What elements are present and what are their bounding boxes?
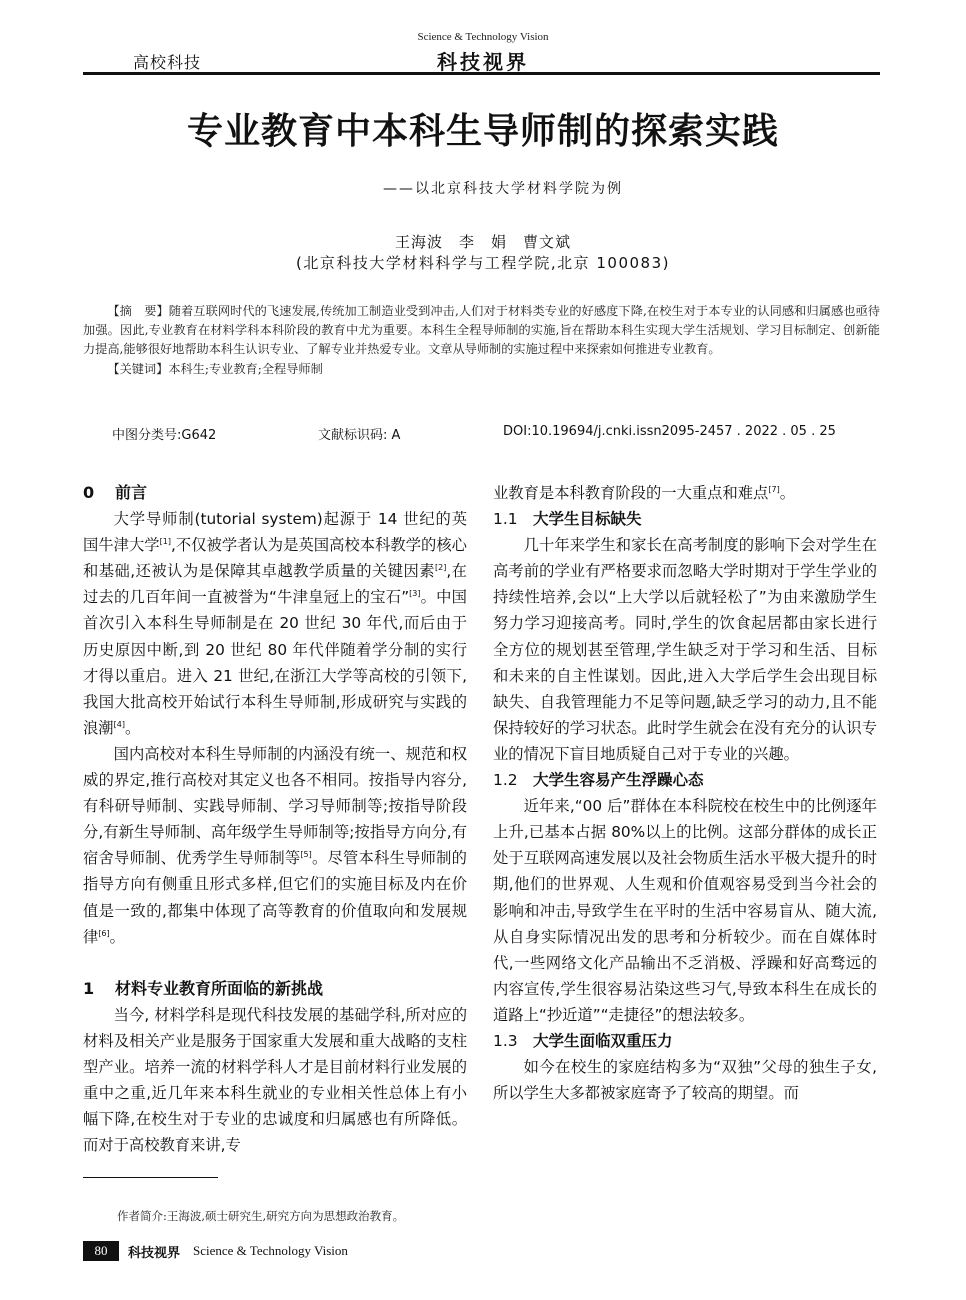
text-run: 。 <box>110 928 125 946</box>
spacer <box>83 950 467 976</box>
article-authors: 王海波 李 娟 曹文斌 <box>0 231 966 252</box>
section-heading-1: 1材料专业教育所面临的新挑战 <box>83 976 467 1002</box>
section-number: 0 <box>83 480 115 506</box>
citation-ref: [5] <box>300 850 311 859</box>
keywords-paragraph: 【关键词】本科生;专业教育;全程导师制 <box>83 360 880 379</box>
abstract-text: 随着互联网时代的飞速发展,传统加工制造业受到冲击,人们对于材料类专业的好感度下降… <box>83 304 880 356</box>
subsection-heading-1-3: 1.3大学生面临双重压力 <box>493 1028 877 1054</box>
citation-ref: [2] <box>435 563 446 572</box>
subsection-title: 大学生容易产生浮躁心态 <box>533 771 704 789</box>
article-subtitle: ——以北京科技大学材料学院为例 <box>0 178 966 198</box>
citation-ref: [6] <box>98 929 109 938</box>
footer-journal-en: Science & Technology Vision <box>193 1243 348 1259</box>
abstract-label: 【摘 要】 <box>107 304 168 318</box>
page-number: 80 <box>83 1241 119 1261</box>
section-number: 1 <box>83 976 115 1002</box>
article-title: 专业教育中本科生导师制的探索实践 <box>0 103 966 154</box>
subsection-number: 1.2 <box>493 767 533 793</box>
paragraph-continuation: 业教育是本科教育阶段的一大重点和难点[7]。 <box>493 480 877 506</box>
classification-number: 中图分类号:G642 <box>112 424 216 443</box>
subsection-number: 1.3 <box>493 1028 533 1054</box>
citation-ref: [7] <box>768 485 779 494</box>
text-run: 。 <box>125 719 140 737</box>
text-run: 。中国首次引入本科生导师制是在 20 世纪 30 年代,而后由于历史原因中断,到… <box>83 588 467 736</box>
author-note: 作者简介:王海波,硕士研究生,研究方向为思想政治教育。 <box>117 1208 404 1224</box>
footer-journal-cn: 科技视界 <box>128 1242 180 1261</box>
body-column-right: 业教育是本科教育阶段的一大重点和难点[7]。 1.1大学生目标缺失 几十年来学生… <box>493 480 877 1106</box>
section-heading-0: 0前言 <box>83 480 467 506</box>
citation-ref: [1] <box>160 537 171 546</box>
subsection-title: 大学生目标缺失 <box>533 510 642 528</box>
doi: DOI:10.19694/j.cnki.issn2095-2457 . 2022… <box>503 424 836 439</box>
paragraph: 如今在校生的家庭结构多为“双独”父母的独生子女,所以学生大多都被家庭寄予了较高的… <box>493 1054 877 1106</box>
subsection-heading-1-1: 1.1大学生目标缺失 <box>493 506 877 532</box>
citation-ref: [3] <box>409 589 420 598</box>
paragraph: 国内高校对本科生导师制的内涵没有统一、规范和权威的界定,推行高校对其定义也各不相… <box>83 741 467 950</box>
article-affiliation: (北京科技大学材料科学与工程学院,北京 100083) <box>0 252 966 273</box>
body-column-left: 0前言 大学导师制(tutorial system)起源于 14 世纪的英国牛津… <box>83 480 467 1158</box>
keywords-text: 本科生;专业教育;全程导师制 <box>168 362 322 376</box>
subsection-heading-1-2: 1.2大学生容易产生浮躁心态 <box>493 767 877 793</box>
citation-ref: [4] <box>114 720 125 729</box>
section-title: 前言 <box>115 483 147 502</box>
header-rule <box>83 72 880 75</box>
document-code: 文献标识码: A <box>318 424 400 443</box>
abstract-block: 【摘 要】随着互联网时代的飞速发展,传统加工制造业受到冲击,人们对于材料类专业的… <box>83 302 880 379</box>
paragraph: 大学导师制(tutorial system)起源于 14 世纪的英国牛津大学[1… <box>83 506 467 741</box>
subsection-title: 大学生面临双重压力 <box>533 1032 673 1050</box>
paragraph: 当今, 材料学科是现代科技发展的基础学科,所对应的材料及相关产业是服务于国家重大… <box>83 1002 467 1159</box>
running-header-journal-cn: 科技视界 <box>0 46 966 75</box>
keywords-label: 【关键词】 <box>107 362 168 376</box>
text-run: 业教育是本科教育阶段的一大重点和难点 <box>493 484 768 502</box>
paragraph: 近年来,“00 后”群体在本科院校在校生中的比例逐年上升,已基本占据 80%以上… <box>493 793 877 1028</box>
subsection-number: 1.1 <box>493 506 533 532</box>
paragraph: 几十年来学生和家长在高考制度的影响下会对学生在高考前的学业有严格要求而忽略大学时… <box>493 532 877 767</box>
footnote-rule <box>83 1177 218 1178</box>
abstract-paragraph: 【摘 要】随着互联网时代的飞速发展,传统加工制造业受到冲击,人们对于材料类专业的… <box>83 302 880 358</box>
text-run: 。 <box>780 484 795 502</box>
section-title: 材料专业教育所面临的新挑战 <box>115 979 323 998</box>
running-header-journal-en: Science & Technology Vision <box>0 31 966 43</box>
